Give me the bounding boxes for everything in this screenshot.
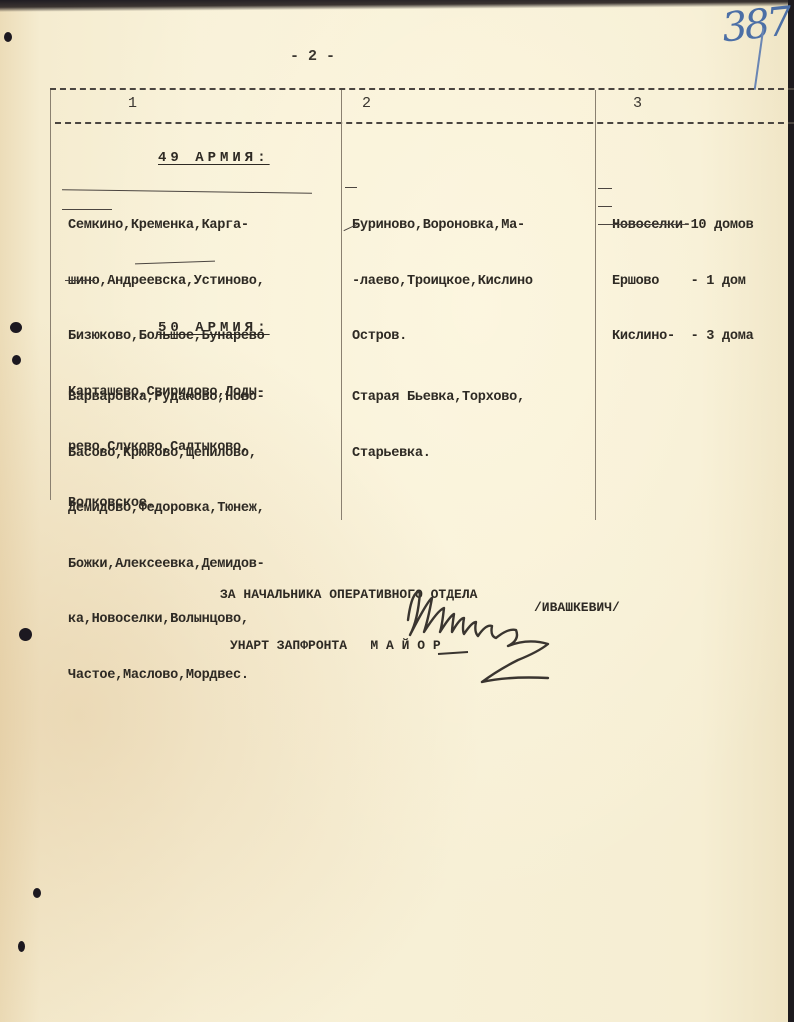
pencil-mark bbox=[598, 206, 612, 207]
document-page: 387 - 2 - 1 2 3 49 АРМИЯ: Семкино,Кремен… bbox=[0, 0, 794, 1022]
text-line: шино,Андреевска,Устиново, bbox=[68, 273, 264, 292]
folio-number: 387 bbox=[720, 0, 792, 51]
punch-hole bbox=[19, 628, 32, 641]
punch-hole bbox=[12, 355, 21, 365]
text-line: Старая Бьевка,Торхово, bbox=[352, 389, 525, 408]
text-line: Демидово,Федоровка,Тюнеж, bbox=[68, 500, 264, 519]
handwritten-signature bbox=[398, 580, 568, 690]
page-number: - 2 - bbox=[290, 48, 335, 65]
punch-hole bbox=[33, 888, 41, 898]
text-line: Кислино- - 3 дома bbox=[612, 328, 753, 347]
scan-right-edge bbox=[788, 0, 794, 1022]
pencil-mark bbox=[65, 280, 95, 281]
text-line: Буриново,Вороновка,Ма- bbox=[352, 217, 533, 236]
column-header-3: 3 bbox=[633, 95, 642, 112]
pencil-mark bbox=[598, 224, 688, 225]
section-title-49-army: 49 АРМИЯ: bbox=[158, 150, 270, 166]
column-header-2: 2 bbox=[362, 95, 371, 112]
scan-top-edge bbox=[0, 0, 794, 12]
text-line: Семкино,Кременка,Карга- bbox=[68, 217, 264, 236]
column-header-1: 1 bbox=[128, 95, 137, 112]
section-title-50-army: 50 АРМИЯ: bbox=[158, 320, 270, 336]
table-left-border bbox=[50, 90, 51, 500]
column-divider-2 bbox=[595, 90, 596, 520]
text-line: -лаево,Троицкое,Кислино bbox=[352, 273, 533, 292]
pencil-mark bbox=[345, 187, 357, 188]
text-line: Басово,Крюково,Щепилово, bbox=[68, 445, 264, 464]
section-49-col3: Новоселки-10 домов Ершово - 1 дом Кислин… bbox=[612, 180, 753, 384]
punch-hole bbox=[4, 32, 12, 42]
text-line: Остров. bbox=[352, 328, 533, 347]
punch-hole bbox=[10, 322, 22, 333]
section-50-col2: Старая Бьевка,Торхово, Старьевка. bbox=[352, 352, 525, 500]
text-line: Ершово - 1 дом bbox=[612, 273, 753, 292]
table-top-border bbox=[50, 88, 794, 90]
punch-hole bbox=[18, 941, 25, 952]
column-divider-1 bbox=[341, 90, 342, 520]
pencil-mark bbox=[62, 209, 112, 210]
table-header-border bbox=[55, 122, 794, 124]
text-line: Новоселки-10 домов bbox=[612, 217, 753, 236]
pencil-mark bbox=[598, 188, 612, 189]
text-line: Варваровка,Рудаково,Ново- bbox=[68, 389, 264, 408]
text-line: Старьевка. bbox=[352, 445, 525, 464]
